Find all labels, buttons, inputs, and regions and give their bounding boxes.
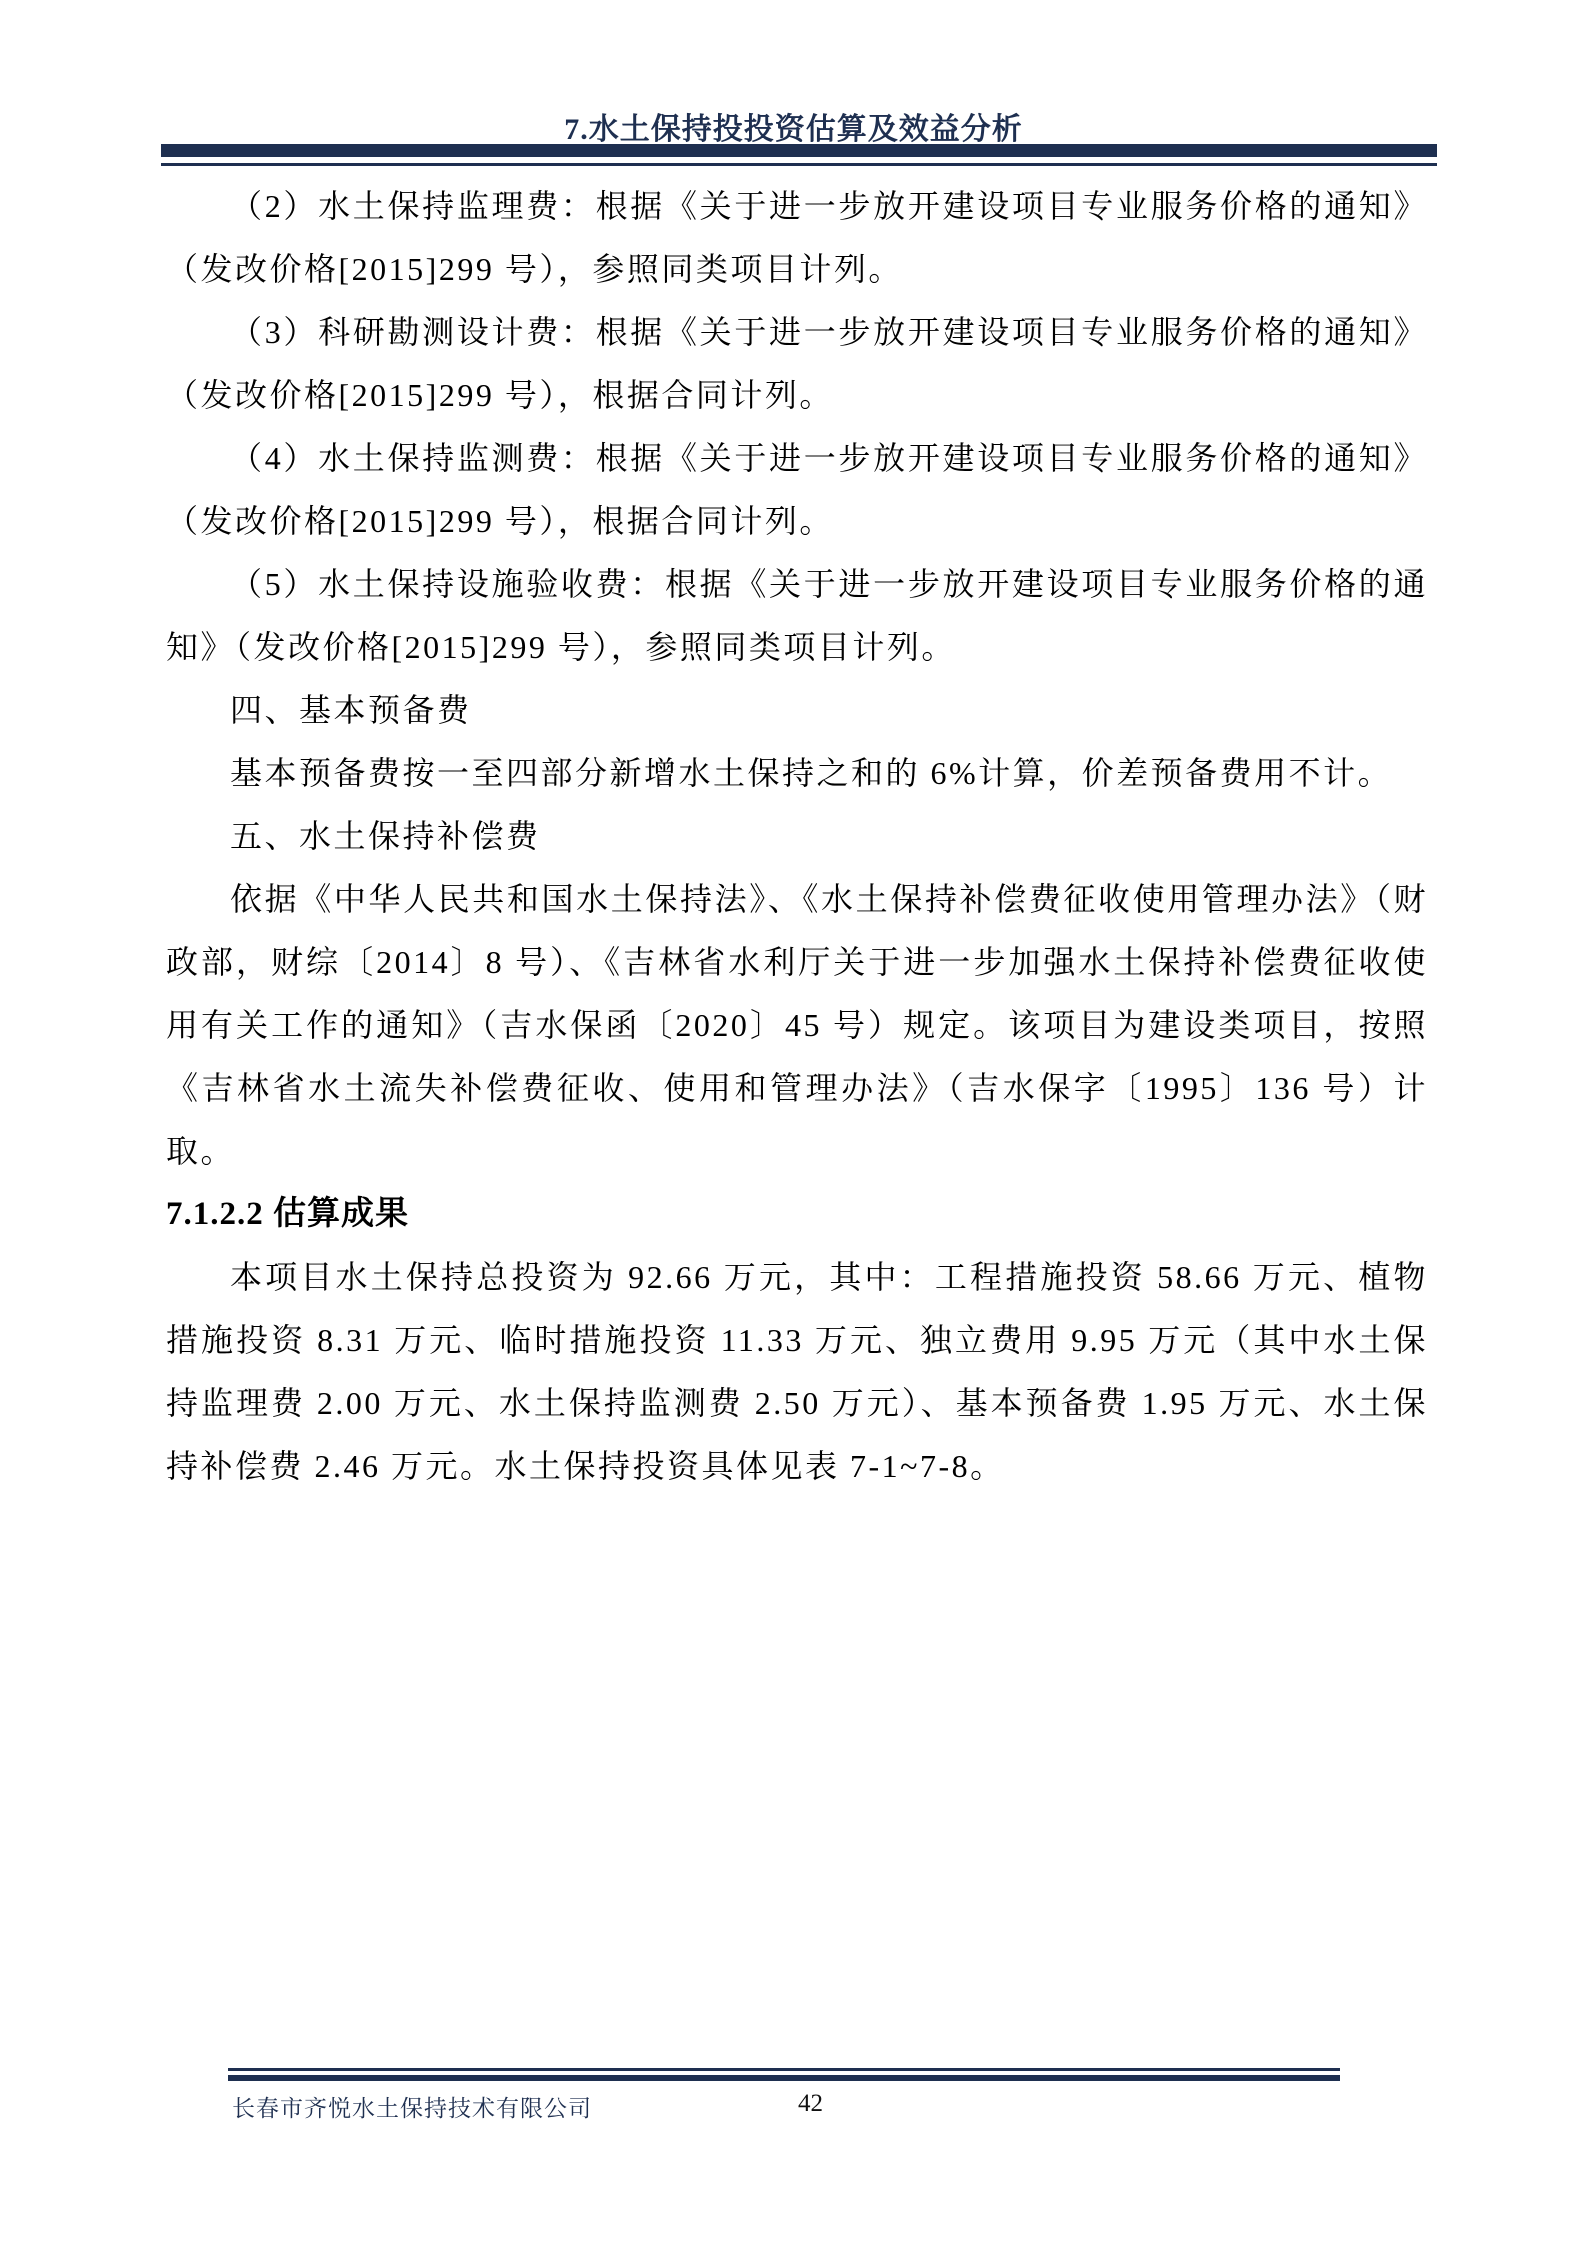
header-rule-thin	[161, 163, 1437, 166]
header-rule-thick	[161, 144, 1437, 157]
page-number: 42	[798, 2090, 823, 2118]
document-body: （2）水土保持监理费：根据《关于进一步放开建设项目专业服务价格的通知》（发改价格…	[166, 175, 1428, 1498]
page-header-title: 7.水土保持投投资估算及效益分析	[0, 104, 1587, 148]
paragraph-compensation: 依据《中华人民共和国水土保持法》、《水土保持补偿费征收使用管理办法》（财政部，财…	[166, 868, 1428, 1183]
footer-rule-thick	[228, 2075, 1340, 2081]
footer-company-name: 长春市齐悦水土保持技术有限公司	[232, 2090, 592, 2123]
paragraph-monitoring-fee: （4）水土保持监测费：根据《关于进一步放开建设项目专业服务价格的通知》（发改价格…	[166, 427, 1428, 553]
paragraph-estimate-result: 本项目水土保持总投资为 92.66 万元，其中：工程措施投资 58.66 万元、…	[166, 1246, 1428, 1498]
heading-compensation: 五、水土保持补偿费	[166, 805, 1428, 868]
paragraph-supervision-fee: （2）水土保持监理费：根据《关于进一步放开建设项目专业服务价格的通知》（发改价格…	[166, 175, 1428, 301]
heading-estimate-result: 7.1.2.2 估算成果	[166, 1183, 1428, 1246]
paragraph-research-design-fee: （3）科研勘测设计费：根据《关于进一步放开建设项目专业服务价格的通知》（发改价格…	[166, 301, 1428, 427]
paragraph-basic-reserve: 基本预备费按一至四部分新增水土保持之和的 6%计算，价差预备费用不计。	[166, 742, 1428, 805]
heading-basic-reserve: 四、基本预备费	[166, 679, 1428, 742]
document-page: 7.水土保持投投资估算及效益分析 （2）水土保持监理费：根据《关于进一步放开建设…	[0, 0, 1587, 2245]
footer-rule-thin	[228, 2068, 1340, 2071]
paragraph-acceptance-fee: （5）水土保持设施验收费：根据《关于进一步放开建设项目专业服务价格的通知》（发改…	[166, 553, 1428, 679]
